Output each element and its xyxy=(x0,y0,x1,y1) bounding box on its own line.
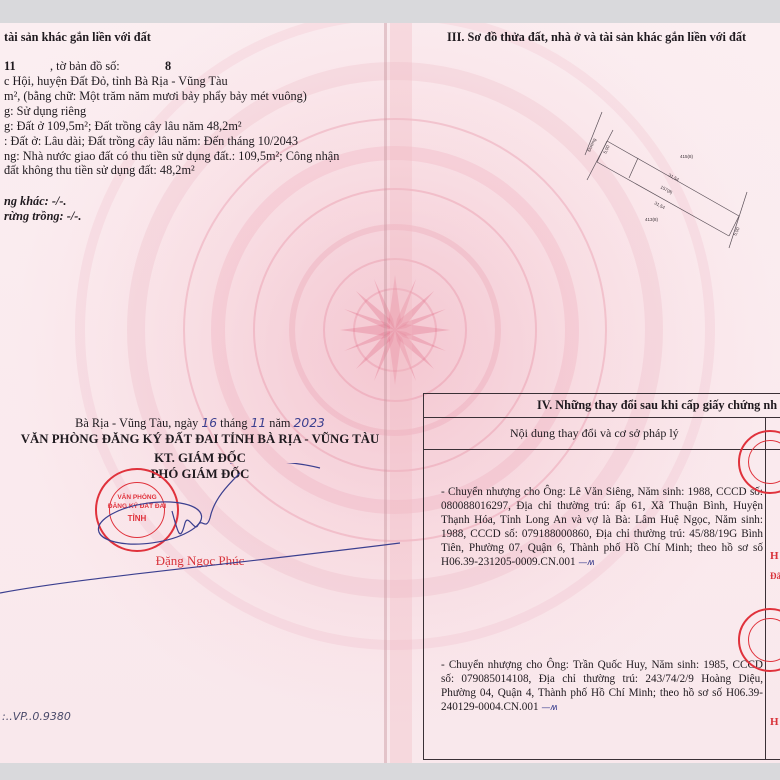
page-fold-line xyxy=(384,23,387,763)
date-day: 16 xyxy=(201,416,217,430)
edge-top-label: 31,54 xyxy=(668,172,681,182)
change-entry: - Chuyển nhượng cho Ông: Trần Quốc Huy, … xyxy=(441,658,763,715)
parcel-label: 157(8) xyxy=(660,184,674,195)
date-month: 11 xyxy=(251,416,267,430)
changes-table-title-row: IV. Những thay đổi sau khi cấp giấy chứn… xyxy=(424,394,780,418)
place-date-prefix: Bà Rịa - Vũng Tàu, ngày xyxy=(75,416,198,430)
col-header-content: Nội dung thay đổi và cơ sở pháp lý xyxy=(510,426,679,441)
section3-title: III. Sơ đồ thửa đất, nhà ở và tài sản kh… xyxy=(447,30,746,44)
section2-title: tài sản khác gắn liền với đất xyxy=(4,30,151,44)
usage-term-line: : Đất ở: Lâu dài; Đất trồng cây lâu năm:… xyxy=(4,134,298,148)
section4-title: IV. Những thay đổi sau khi cấp giấy chứn… xyxy=(537,398,777,413)
map-sheet-number: 8 xyxy=(165,59,171,73)
right-col-fragment: H xyxy=(770,716,779,728)
usage-origin-line-2: đất không thu tiền sử dụng đất: 48,2m² xyxy=(4,163,195,177)
edge-bottom-label: 31,54 xyxy=(654,200,667,210)
parcel-diagram: Đường 415(8) 157(8) 31,54 31,54 413(8) 5… xyxy=(580,80,780,250)
neighbor-bottom-label: 413(8) xyxy=(645,217,659,222)
right-col-fragment: H xyxy=(770,550,779,562)
certificate-serial: :..VP..0.9380 xyxy=(2,710,71,723)
usage-form-line: g: Sử dụng riêng xyxy=(4,104,86,118)
forest-line: rừng trồng: -/-. xyxy=(4,209,81,223)
edge-left-label: 5,00 xyxy=(602,144,610,155)
change-entry-text: - Chuyển nhượng cho Ông: Trần Quốc Huy, … xyxy=(441,659,763,713)
area-line: m², (bằng chữ: Một trăm năm mươi bảy phẩ… xyxy=(4,89,307,103)
change-entry-text: - Chuyển nhượng cho Ông: Lê Văn Siêng, N… xyxy=(441,486,763,568)
changes-table-header-row: Nội dung thay đổi và cơ sở pháp lý xyxy=(424,417,780,450)
parcel-number: 11 xyxy=(4,59,16,73)
change-entry: - Chuyển nhượng cho Ông: Lê Văn Siêng, N… xyxy=(441,485,763,570)
initials-mark: —ʍ xyxy=(578,558,594,568)
office-name: VĂN PHÒNG ĐĂNG KÝ ĐẤT ĐAI TỈNH BÀ RỊA - … xyxy=(0,432,400,447)
date-year: 2023 xyxy=(294,416,325,430)
neighbor-top-label: 415(8) xyxy=(680,154,694,159)
changes-table: IV. Những thay đổi sau khi cấp giấy chứn… xyxy=(423,393,780,760)
usage-origin-line: ng: Nhà nước giao đất có thu tiền sử dụn… xyxy=(4,149,339,163)
month-label: tháng xyxy=(220,416,247,430)
right-col-fragment: Đất xyxy=(770,571,780,581)
address-line: c Hội, huyện Đất Đỏ, tỉnh Bà Rịa - Vũng … xyxy=(4,74,228,88)
initials-mark: —ʍ xyxy=(541,703,557,713)
map-sheet-label: , tờ bản đồ số: xyxy=(50,59,120,73)
place-date-line: Bà Rịa - Vũng Tàu, ngày 16 tháng 11 năm … xyxy=(0,416,400,431)
other-assets-line: ng khác: -/-. xyxy=(4,194,67,208)
land-certificate-page: tài sản khác gắn liền với đất 11 , tờ bả… xyxy=(0,23,780,763)
handwritten-signature xyxy=(0,463,400,603)
year-label: năm xyxy=(269,416,290,430)
usage-purpose-line: g: Đất ở 109,5m²; Đất trồng cây lâu năm … xyxy=(4,119,242,133)
page-fold-shadow xyxy=(390,23,412,763)
road-label: Đường xyxy=(586,137,597,152)
